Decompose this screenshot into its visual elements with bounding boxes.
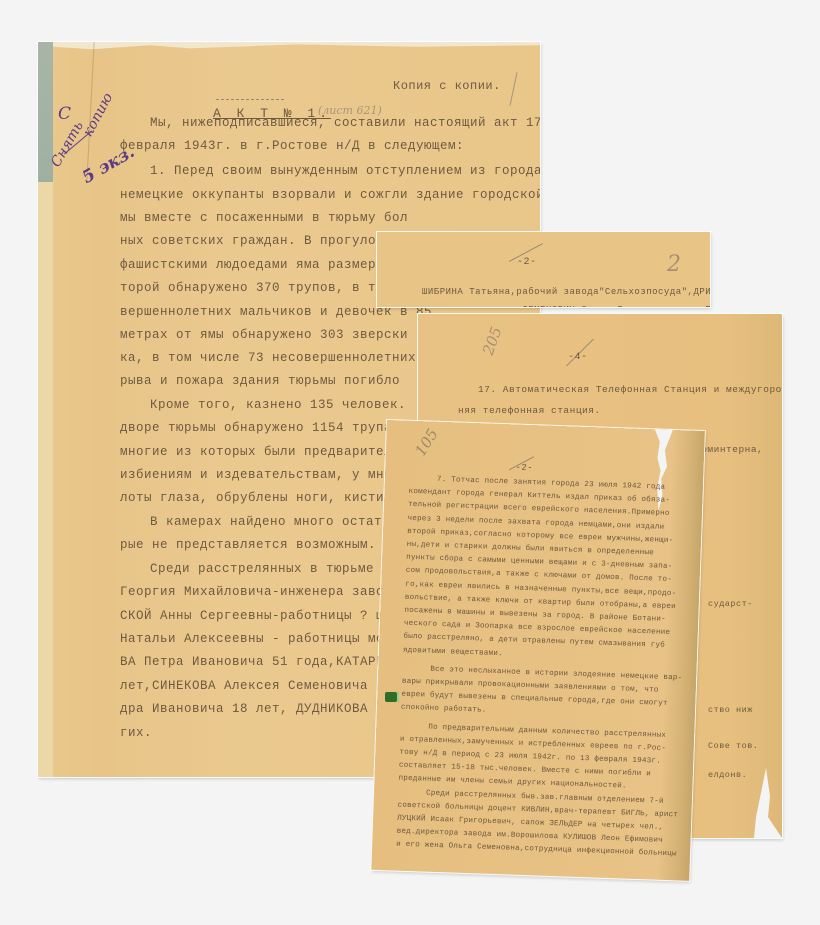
page-2-text-line: ШИБРИНА Татьяна,рабочий завода"Сельхозпо… bbox=[422, 287, 710, 297]
act-text-line: немецкие оккупанты взорвали и сожгли зда… bbox=[120, 188, 540, 202]
act-text-line: мы вместе с посаженными в тюрьму бол bbox=[120, 211, 408, 225]
act-text-line: ВА Петра Ивановича 51 года,КАТАРГИНА bbox=[120, 655, 408, 669]
page-number-pencil: 2 bbox=[667, 252, 681, 277]
act-text-line: фашистскими людоедами яма размером 3 bbox=[120, 258, 408, 272]
struck-out-heading bbox=[216, 99, 284, 100]
document-page-2: -2- 2 ШИБРИНА Татьяна,рабочий завода"Сел… bbox=[377, 232, 710, 307]
binding-strip-lower bbox=[38, 182, 53, 777]
act-text-line: метрах от ямы обнаружено 303 зверски bbox=[120, 328, 408, 342]
act-text-line: Кроме того, казнено 135 человек. bbox=[150, 398, 406, 412]
act-text-line: Георгия Михайловича-инженера завода"К bbox=[120, 585, 416, 599]
page-4-text-fragment: Сове тов. bbox=[708, 741, 758, 751]
green-paper-clip bbox=[385, 692, 399, 702]
act-text-line: лет,СИНЕКОВА Алексея Семеновича 18 ле bbox=[120, 679, 416, 693]
act-text-line: вершеннолетних мальчиков и девочек в 85 bbox=[120, 305, 432, 319]
handwritten-letter: С bbox=[58, 104, 71, 124]
act-text-line: лоты глаза, обрублены ноги, кисти ру bbox=[120, 491, 408, 505]
act-text-line: февраля 1943г. в г.Ростове н/Д в следующ… bbox=[120, 139, 464, 153]
act-text-line: многие из которых были предварительно bbox=[120, 445, 416, 459]
torn-top-edge bbox=[53, 42, 540, 50]
act-text-line: Мы, нижеподписавшиеся, составили настоящ… bbox=[150, 116, 540, 130]
page-2-text-line: жена, машинистка СЕМЕНОВИЧ Ольга Львовна… bbox=[422, 305, 710, 307]
page-number-pencil: 205 bbox=[479, 324, 506, 357]
front-page-text-line: ядовитыми веществами. bbox=[403, 646, 503, 657]
copy-note: Копия с копии. bbox=[393, 79, 501, 93]
page-number-typed: -2- bbox=[517, 257, 537, 268]
ink-dot bbox=[235, 709, 237, 711]
act-text-line: В камерах найдено много остатков bbox=[150, 515, 406, 529]
page-4-text-fragment: сударст- bbox=[708, 599, 753, 609]
act-text-line: Натальи Алексеевны - работницы молочн bbox=[120, 632, 416, 646]
front-page-text-line: спокойно работать. bbox=[401, 704, 487, 715]
act-text-line: избиениям и издевательствам, у многих bbox=[120, 468, 416, 482]
act-text-line: дра Ивановича 18 лет, ДУДНИКОВА Ивана bbox=[120, 702, 416, 716]
page-number-typed: -4- bbox=[568, 352, 588, 363]
document-page-front: 105 -2- 7. Тотчас после занятия города 2… bbox=[371, 420, 705, 881]
page-4-text-fragment: ство ниж bbox=[708, 705, 753, 715]
pencil-slash-mark bbox=[509, 72, 517, 105]
act-text-line: рыва и пожара здания тюрьмы погибло bbox=[120, 374, 400, 388]
page-4-text-line: 17. Автоматическая Телефонная Станция и … bbox=[478, 384, 782, 395]
act-text-line: ка, в том числе 73 несовершеннолетних bbox=[120, 351, 416, 365]
act-text-line: СКОЙ Анны Сергеевны-работницы ? швейн bbox=[120, 609, 416, 623]
handwritten-note-line-1: Снять bbox=[48, 119, 87, 170]
act-text-line: гих. bbox=[120, 726, 152, 740]
act-text-line: 1. Перед своим вынужденным отступлением … bbox=[150, 164, 540, 178]
torn-corner bbox=[742, 768, 782, 838]
page-4-text-fragment: елдонв. bbox=[708, 770, 747, 780]
page-number-typed: -2- bbox=[515, 463, 533, 474]
act-text-line: рые не представляется возможным. bbox=[120, 538, 376, 552]
page-number-pencil: 105 bbox=[411, 425, 441, 459]
act-text-line: торой обнаружено 370 трупов, в том ч bbox=[120, 281, 408, 295]
page-4-text-line: няя телефонная станция. bbox=[458, 405, 601, 416]
act-text-line: дворе тюрьмы обнаружено 1154 трупа за bbox=[120, 421, 416, 435]
handwritten-note-line-2: копию bbox=[80, 90, 116, 139]
act-text-line: Среди расстрелянных в тюрьме обна bbox=[150, 562, 414, 576]
act-text-line: ных советских граждан. В прогулочном bbox=[120, 234, 408, 248]
